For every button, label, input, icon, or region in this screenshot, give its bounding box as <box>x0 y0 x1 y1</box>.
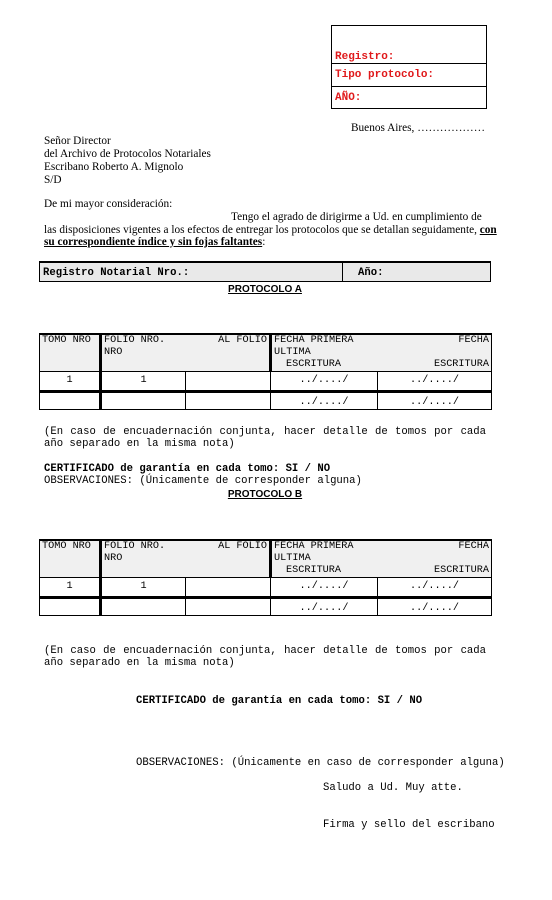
header-text: FECHA PRIMERA <box>274 541 353 553</box>
registro-label: Registro: <box>332 51 486 63</box>
table-row: ../..../ ../..../ <box>40 598 492 616</box>
cell-folio-nro[interactable] <box>101 392 186 410</box>
header-text: FOLIO NRO. <box>104 335 165 347</box>
addressee-line: del Archivo de Protocolos Notariales <box>44 148 211 161</box>
divider <box>342 263 343 281</box>
body-line-2: las disposiciones vigentes a los efectos… <box>44 224 486 236</box>
addressee-line: Señor Director <box>44 135 211 148</box>
body-text: : <box>262 236 265 248</box>
registro-notarial-label: Registro Notarial Nro.: <box>43 267 189 279</box>
cell-fecha-ultima[interactable]: ../..../ <box>378 578 492 598</box>
anio-label: AÑO: <box>332 92 486 104</box>
protocolo-a-note: (En caso de encuadernación conjunta, hac… <box>44 426 486 450</box>
header-text: ESCRITURA <box>434 565 489 577</box>
divider <box>332 86 486 87</box>
table-row: 1 1 ../..../ ../..../ <box>40 578 492 598</box>
tipo-protocolo-label: Tipo protocolo: <box>332 69 486 81</box>
addressee-line: S/D <box>44 174 211 187</box>
header-text: ESCRITURA <box>274 565 341 577</box>
protocolo-b-observaciones: OBSERVACIONES: (Únicamente en caso de co… <box>136 757 505 769</box>
cell-fecha-ultima[interactable]: ../..../ <box>378 372 492 392</box>
cell-fecha-primera[interactable]: ../..../ <box>271 392 378 410</box>
cell-tomo[interactable]: 1 <box>40 578 101 598</box>
protocolo-a-title: PROTOCOLO A <box>0 284 530 295</box>
cell-tomo[interactable] <box>40 598 101 616</box>
header-text: ESCRITURA <box>274 359 341 371</box>
protocolo-b-table: TOMO NRO FOLIO NRO.AL FOLIO NRO FECHA PR… <box>39 539 492 616</box>
header-text: ULTIMA <box>274 347 489 359</box>
cell-al-folio[interactable] <box>186 372 271 392</box>
header-text: ULTIMA <box>274 553 489 565</box>
cell-folio-nro[interactable] <box>101 598 186 616</box>
protocolo-b-note: (En caso de encuadernación conjunta, hac… <box>44 645 486 669</box>
protocolo-b-certificado: CERTIFICADO de garantía en cada tomo: SI… <box>136 695 422 707</box>
cell-al-folio[interactable] <box>186 578 271 598</box>
cell-fecha-primera[interactable]: ../..../ <box>271 598 378 616</box>
cell-fecha-primera[interactable]: ../..../ <box>271 578 378 598</box>
cell-folio-nro[interactable]: 1 <box>101 372 186 392</box>
greeting: De mi mayor consideración: <box>44 198 172 210</box>
body-emphasis: su correspondiente índice y sin fojas fa… <box>44 236 262 248</box>
table-header-row: TOMO NRO FOLIO NRO.AL FOLIO NRO FECHA PR… <box>40 540 492 578</box>
divider <box>332 63 486 64</box>
header-text: FECHA PRIMERA <box>274 335 353 347</box>
header-tomo: TOMO NRO <box>40 540 101 578</box>
header-folio: FOLIO NRO.AL FOLIO NRO <box>101 334 271 372</box>
protocolo-a-table: TOMO NRO FOLIO NRO.AL FOLIO NRO FECHA PR… <box>39 333 492 410</box>
cell-al-folio[interactable] <box>186 598 271 616</box>
body-line-1: Tengo el agrado de dirigirme a Ud. en cu… <box>231 211 482 223</box>
header-text: FOLIO NRO. <box>104 541 165 553</box>
cell-tomo[interactable] <box>40 392 101 410</box>
protocolo-a-observaciones: OBSERVACIONES: (Únicamente de correspond… <box>44 475 362 487</box>
header-text: FECHA <box>458 335 489 347</box>
header-text: FECHA <box>458 541 489 553</box>
closing-firma: Firma y sello del escribano <box>323 819 495 831</box>
header-fecha: FECHA PRIMERAFECHA ULTIMA ESCRITURAESCRI… <box>271 334 492 372</box>
header-text: NRO <box>104 553 267 565</box>
table-header-row: TOMO NRO FOLIO NRO.AL FOLIO NRO FECHA PR… <box>40 334 492 372</box>
registry-header-box: Registro: Tipo protocolo: AÑO: <box>331 25 487 109</box>
cell-folio-nro[interactable]: 1 <box>101 578 186 598</box>
header-text: AL FOLIO <box>218 541 267 553</box>
cell-fecha-ultima[interactable]: ../..../ <box>378 598 492 616</box>
body-emphasis: con <box>480 224 497 236</box>
place-date: Buenos Aires, ……………… <box>351 122 485 134</box>
cell-fecha-primera[interactable]: ../..../ <box>271 372 378 392</box>
body-line-3: su correspondiente índice y sin fojas fa… <box>44 236 265 248</box>
header-text: AL FOLIO <box>218 335 267 347</box>
cell-fecha-ultima[interactable]: ../..../ <box>378 392 492 410</box>
table-row: ../..../ ../..../ <box>40 392 492 410</box>
addressee-line: Escribano Roberto A. Mignolo <box>44 161 211 174</box>
header-folio: FOLIO NRO.AL FOLIO NRO <box>101 540 271 578</box>
cell-tomo[interactable]: 1 <box>40 372 101 392</box>
table-row: 1 1 ../..../ ../..../ <box>40 372 492 392</box>
body-text: las disposiciones vigentes a los efectos… <box>44 224 480 236</box>
protocolo-a-certificado: CERTIFICADO de garantía en cada tomo: SI… <box>44 463 330 475</box>
cell-al-folio[interactable] <box>186 392 271 410</box>
protocolo-b-title: PROTOCOLO B <box>0 489 530 500</box>
header-fecha: FECHA PRIMERAFECHA ULTIMA ESCRITURAESCRI… <box>271 540 492 578</box>
header-text: NRO <box>104 347 267 359</box>
anio-label: Año: <box>358 267 383 279</box>
header-tomo: TOMO NRO <box>40 334 101 372</box>
registro-notarial-bar: Registro Notarial Nro.: Año: <box>39 261 491 282</box>
closing-saludo: Saludo a Ud. Muy atte. <box>323 782 463 794</box>
addressee: Señor Director del Archivo de Protocolos… <box>44 135 211 187</box>
header-text: ESCRITURA <box>434 359 489 371</box>
